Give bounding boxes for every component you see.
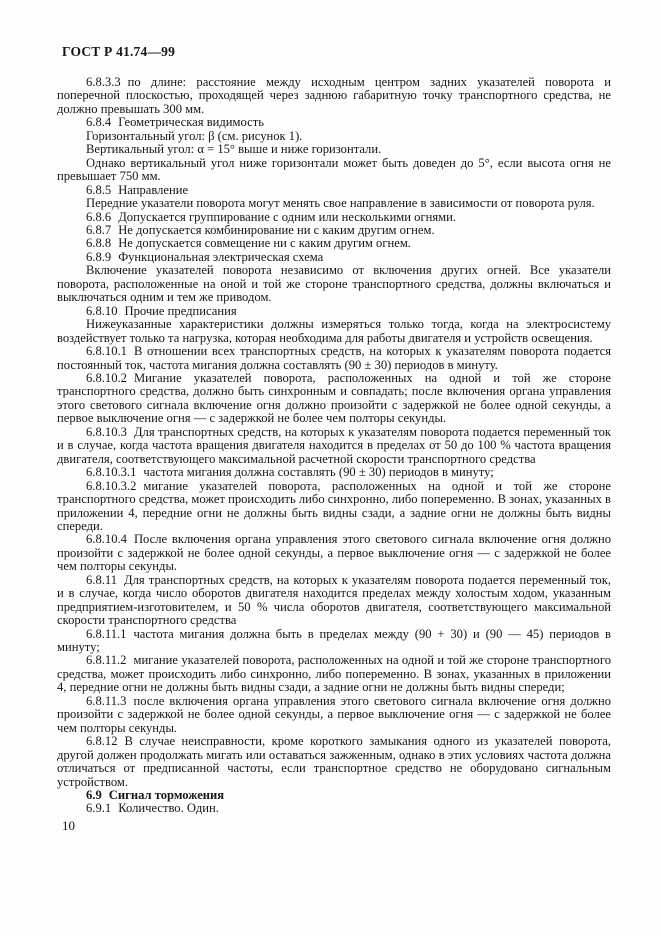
paragraph-text: Вертикальный угол: α = 15° выше и ниже г… bbox=[86, 142, 381, 156]
paragraph: 6.8.6Допускается группирование с одним и… bbox=[57, 211, 611, 224]
paragraph: Горизонтальный угол: β (см. рисунок 1). bbox=[57, 130, 611, 143]
paragraph: 6.8.3.3по длине: расстояние между исходн… bbox=[57, 76, 611, 116]
paragraph: 6.8.10.2Мигание указателей поворота, рас… bbox=[57, 372, 611, 426]
document-body: 6.8.3.3по длине: расстояние между исходн… bbox=[57, 76, 611, 816]
paragraph-text: Допускается группирование с одним или не… bbox=[118, 210, 456, 224]
clause-number: 6.8.12 bbox=[86, 734, 117, 748]
clause-number: 6.8.10.2 bbox=[86, 371, 127, 385]
clause-number: 6.8.5 bbox=[86, 183, 111, 197]
paragraph: Вертикальный угол: α = 15° выше и ниже г… bbox=[57, 143, 611, 156]
clause-number: 6.8.10.3.2 bbox=[86, 479, 136, 493]
paragraph: Включение указателей поворота независимо… bbox=[57, 264, 611, 304]
clause-number: 6.8.10.3.1 bbox=[86, 465, 136, 479]
clause-number: 6.8.6 bbox=[86, 210, 111, 224]
clause-number: 6.9.1 bbox=[86, 801, 111, 815]
page-header: ГОСТ Р 41.74—99 bbox=[62, 44, 175, 60]
paragraph: 6.8.10.3Для транспортных средств, на кот… bbox=[57, 426, 611, 466]
clause-number: 6.8.10.3 bbox=[86, 425, 127, 439]
clause-number: 6.8.9 bbox=[86, 250, 111, 264]
paragraph-text: После включения органа управления этого … bbox=[57, 532, 611, 573]
paragraph: 6.8.10.1В отношении всех транспортных ср… bbox=[57, 345, 611, 372]
clause-number: 6.8.10.4 bbox=[86, 532, 127, 546]
paragraph: 6.8.10.4После включения органа управлени… bbox=[57, 533, 611, 573]
paragraph: 6.8.12В случае неисправности, кроме коро… bbox=[57, 735, 611, 789]
paragraph-text: по длине: расстояние между исходным цент… bbox=[57, 75, 611, 116]
paragraph-text: Сигнал торможения bbox=[109, 788, 224, 802]
document-number: ГОСТ Р 41.74—99 bbox=[62, 44, 175, 59]
clause-number: 6.8.11 bbox=[86, 573, 117, 587]
paragraph-text: Для транспортных средств, на которых к у… bbox=[57, 573, 611, 627]
clause-number: 6.8.3.3 bbox=[86, 75, 121, 89]
paragraph-text: Для транспортных средств, на которых к у… bbox=[57, 425, 611, 466]
clause-number: 6.8.7 bbox=[86, 223, 111, 237]
page-number: 10 bbox=[62, 818, 75, 833]
paragraph-text: Количество. Один. bbox=[118, 801, 219, 815]
paragraph-text: Не допускается комбинирование ни с каким… bbox=[118, 223, 434, 237]
paragraph-text: Мигание указателей поворота, расположенн… bbox=[57, 371, 611, 425]
paragraph: 6.8.9Функциональная электрическая схема bbox=[57, 251, 611, 264]
paragraph-text: Геометрическая видимость bbox=[118, 115, 264, 129]
clause-number: 6.8.10.1 bbox=[86, 344, 127, 358]
paragraph-text: мигание указателей поворота, расположенн… bbox=[57, 653, 611, 694]
paragraph: 6.8.7Не допускается комбинирование ни с … bbox=[57, 224, 611, 237]
page-footer: 10 bbox=[62, 818, 75, 834]
clause-number: 6.8.11.2 bbox=[86, 653, 126, 667]
clause-number: 6.8.11.1 bbox=[86, 627, 126, 641]
paragraph-text: Прочие предписания bbox=[124, 304, 236, 318]
document-page: ГОСТ Р 41.74—99 6.8.3.3по длине: расстоя… bbox=[0, 0, 661, 936]
clause-number: 6.8.11.3 bbox=[86, 694, 126, 708]
paragraph-text: Горизонтальный угол: β (см. рисунок 1). bbox=[86, 129, 302, 143]
paragraph-text: В отношении всех транспортных средств, н… bbox=[57, 344, 611, 371]
paragraph: Однако вертикальный угол ниже горизонтал… bbox=[57, 157, 611, 184]
paragraph: Передние указатели поворота могут менять… bbox=[57, 197, 611, 210]
paragraph: 6.8.10.3.1частота мигания должна составл… bbox=[57, 466, 611, 479]
clause-number: 6.8.10 bbox=[86, 304, 117, 318]
paragraph-text: частота мигания должна составлять (90 ± … bbox=[143, 465, 493, 479]
paragraph: 6.8.8Не допускается совмещение ни с каки… bbox=[57, 237, 611, 250]
paragraph-text: Нижеуказанные характеристики должны изме… bbox=[57, 317, 611, 344]
clause-number: 6.9 bbox=[86, 788, 102, 802]
paragraph-text: частота мигания должна быть в пределах м… bbox=[57, 627, 611, 654]
paragraph-text: Направление bbox=[118, 183, 188, 197]
paragraph-text: Функциональная электрическая схема bbox=[118, 250, 323, 264]
paragraph: 6.8.5Направление bbox=[57, 184, 611, 197]
paragraph-text: после включения органа управления этого … bbox=[57, 694, 611, 735]
clause-number: 6.8.8 bbox=[86, 236, 111, 250]
paragraph-text: Однако вертикальный угол ниже горизонтал… bbox=[57, 156, 611, 183]
paragraph-text: Включение указателей поворота независимо… bbox=[57, 263, 611, 304]
paragraph: 6.9Сигнал торможения bbox=[57, 789, 611, 802]
paragraph: 6.9.1Количество. Один. bbox=[57, 802, 611, 815]
paragraph: 6.8.11.1частота мигания должна быть в пр… bbox=[57, 628, 611, 655]
paragraph: 6.8.11.2мигание указателей поворота, рас… bbox=[57, 654, 611, 694]
paragraph: 6.8.10Прочие предписания bbox=[57, 305, 611, 318]
paragraph: Нижеуказанные характеристики должны изме… bbox=[57, 318, 611, 345]
paragraph: 6.8.11Для транспортных средств, на котор… bbox=[57, 574, 611, 628]
clause-number: 6.8.4 bbox=[86, 115, 111, 129]
paragraph: 6.8.11.3после включения органа управлени… bbox=[57, 695, 611, 735]
paragraph-text: Передние указатели поворота могут менять… bbox=[86, 196, 595, 210]
paragraph-text: В случае неисправности, кроме короткого … bbox=[57, 734, 611, 788]
paragraph: 6.8.4Геометрическая видимость bbox=[57, 116, 611, 129]
paragraph-text: Не допускается совмещение ни с каким дру… bbox=[118, 236, 411, 250]
paragraph-text: мигание указателей поворота, расположенн… bbox=[57, 479, 611, 533]
paragraph: 6.8.10.3.2мигание указателей поворота, р… bbox=[57, 480, 611, 534]
